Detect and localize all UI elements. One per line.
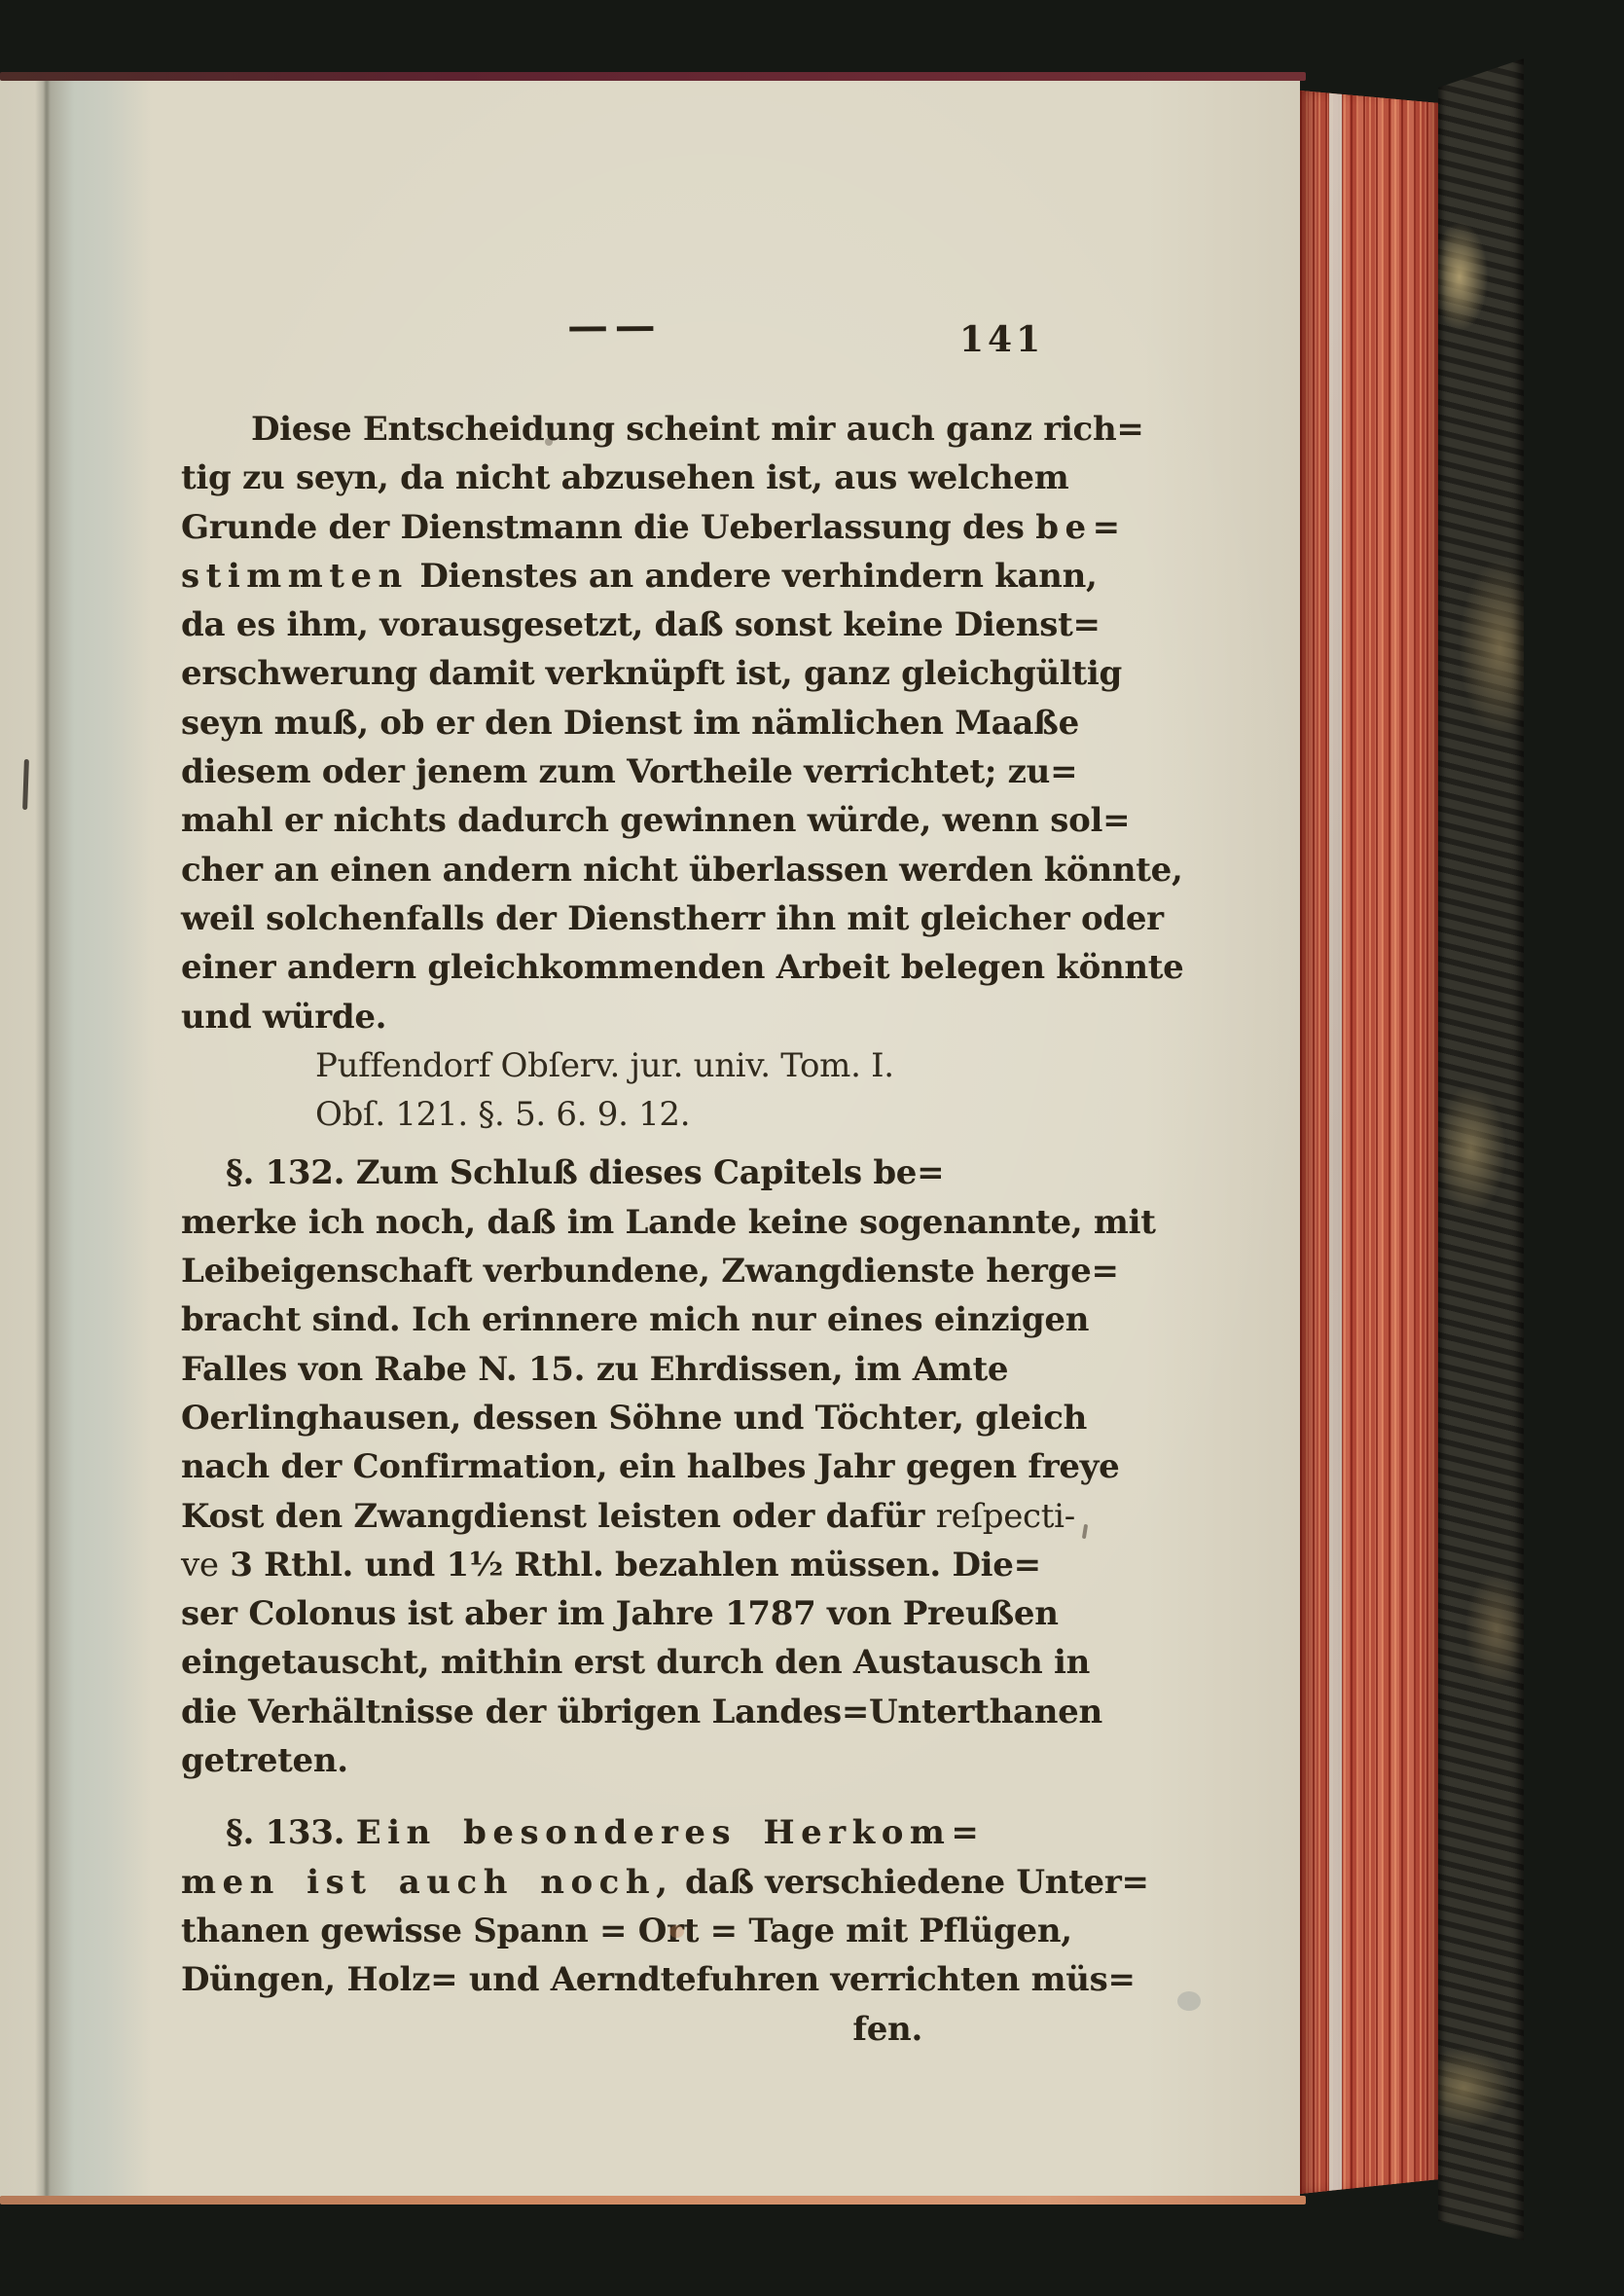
page-top-red-edge (0, 72, 1306, 81)
text-line: Kost den Zwangdienst leisten oder dafür … (181, 1492, 1086, 1541)
page-text-block: Diese Entscheidung scheint mir auch ganz… (181, 405, 1086, 2054)
text-line: men ist auch noch, daß verschiedene Unte… (181, 1858, 1086, 1907)
text-line: nach der Confirmation, ein halbes Jahr g… (181, 1442, 1086, 1491)
catchword: fen. (852, 2010, 922, 2049)
text-line: stimmten Dienstes an andere verhindern k… (181, 552, 1086, 601)
margin-ink-mark (22, 759, 29, 810)
text-line: Grunde der Dienstmann die Ueberlassung d… (181, 503, 1086, 552)
marbled-cover-edge (1438, 58, 1524, 2241)
text-line: diesem oder jenem zum Vortheile verricht… (181, 747, 1086, 796)
text-line: bracht sind. Ich erinnere mich nur eines… (181, 1295, 1086, 1344)
header-rule: — — (567, 302, 652, 350)
citation-line: Puffendorf Obſerv. jur. univ. Tom. I. (315, 1041, 1086, 1090)
text-line: merke ich noch, daß im Lande keine sogen… (181, 1198, 1086, 1247)
text-line: Leibeigenschaft verbundene, Zwangdienste… (181, 1247, 1086, 1295)
text-line: weil solchenfalls der Dienstherr ihn mit… (181, 894, 1086, 943)
margin-ink-tick (1082, 1524, 1088, 1539)
text-line: eingetauscht, mithin erst durch den Aust… (181, 1638, 1086, 1687)
page-number: 141 (959, 319, 1044, 360)
photo-background: { "colors":{ "background":"#151814", "pa… (0, 0, 1624, 2296)
text-line: Diese Entscheidung scheint mir auch ganz… (181, 405, 1086, 454)
text-line: seyn muß, ob er den Dienst im nämlichen … (181, 699, 1086, 747)
paragraph: Diese Entscheidung scheint mir auch ganz… (181, 405, 1086, 1041)
text-line: §. 133. Ein besonderes Herkom= (181, 1808, 1086, 1857)
text-line: die Verhältnisse der übrigen Landes=Unte… (181, 1688, 1086, 1736)
paragraph: §. 133. Ein besonderes Herkom= men ist a… (181, 1808, 1086, 2004)
book-fore-edge-red (1300, 91, 1439, 2194)
paper-blemish (1177, 1991, 1201, 2011)
book-page: — — 141 Diese Entscheidung scheint mir a… (0, 76, 1300, 2197)
text-line: §. 132. Zum Schluß dieses Capitels be= (181, 1148, 1086, 1197)
catchword-row: fen. (181, 2005, 1086, 2054)
text-line: Düngen, Holz= und Aerndtefuhren verricht… (181, 1955, 1086, 2004)
page-bottom-red-edge (0, 2196, 1306, 2205)
paper-blemish (669, 1925, 684, 1938)
text-line: einer andern gleichkommenden Arbeit bele… (181, 943, 1086, 992)
citation-block: Puffendorf Obſerv. jur. univ. Tom. I. Ob… (181, 1041, 1086, 1140)
text-line: cher an einen andern nicht überlassen we… (181, 846, 1086, 894)
page-gutter-shadow (35, 76, 150, 2197)
text-line: ve 3 Rthl. und 1½ Rthl. bezahlen müssen.… (181, 1541, 1086, 1589)
text-line: thanen gewisse Spann = Ort = Tage mit Pf… (181, 1907, 1086, 1955)
paper-blemish (545, 438, 553, 446)
text-line: und würde. (181, 993, 1086, 1041)
paragraph: §. 132. Zum Schluß dieses Capitels be= m… (181, 1148, 1086, 1785)
text-line: Falles von Rabe N. 15. zu Ehrdissen, im … (181, 1345, 1086, 1394)
fore-edge-light-band (1329, 91, 1342, 2194)
text-line: getreten. (181, 1736, 1086, 1785)
text-line: mahl er nichts dadurch gewinnen würde, w… (181, 796, 1086, 845)
citation-line: Obſ. 121. §. 5. 6. 9. 12. (315, 1090, 1086, 1139)
text-line: da es ihm, vorausgesetzt, daß sonst kein… (181, 601, 1086, 649)
text-line: tig zu seyn, da nicht abzusehen ist, aus… (181, 454, 1086, 502)
page-gutter-crease (45, 76, 49, 2197)
text-line: Oerlinghausen, dessen Söhne und Töchter,… (181, 1394, 1086, 1442)
text-line: ser Colonus ist aber im Jahre 1787 von P… (181, 1589, 1086, 1638)
text-line: erschwerung damit verknüpft ist, ganz gl… (181, 649, 1086, 698)
